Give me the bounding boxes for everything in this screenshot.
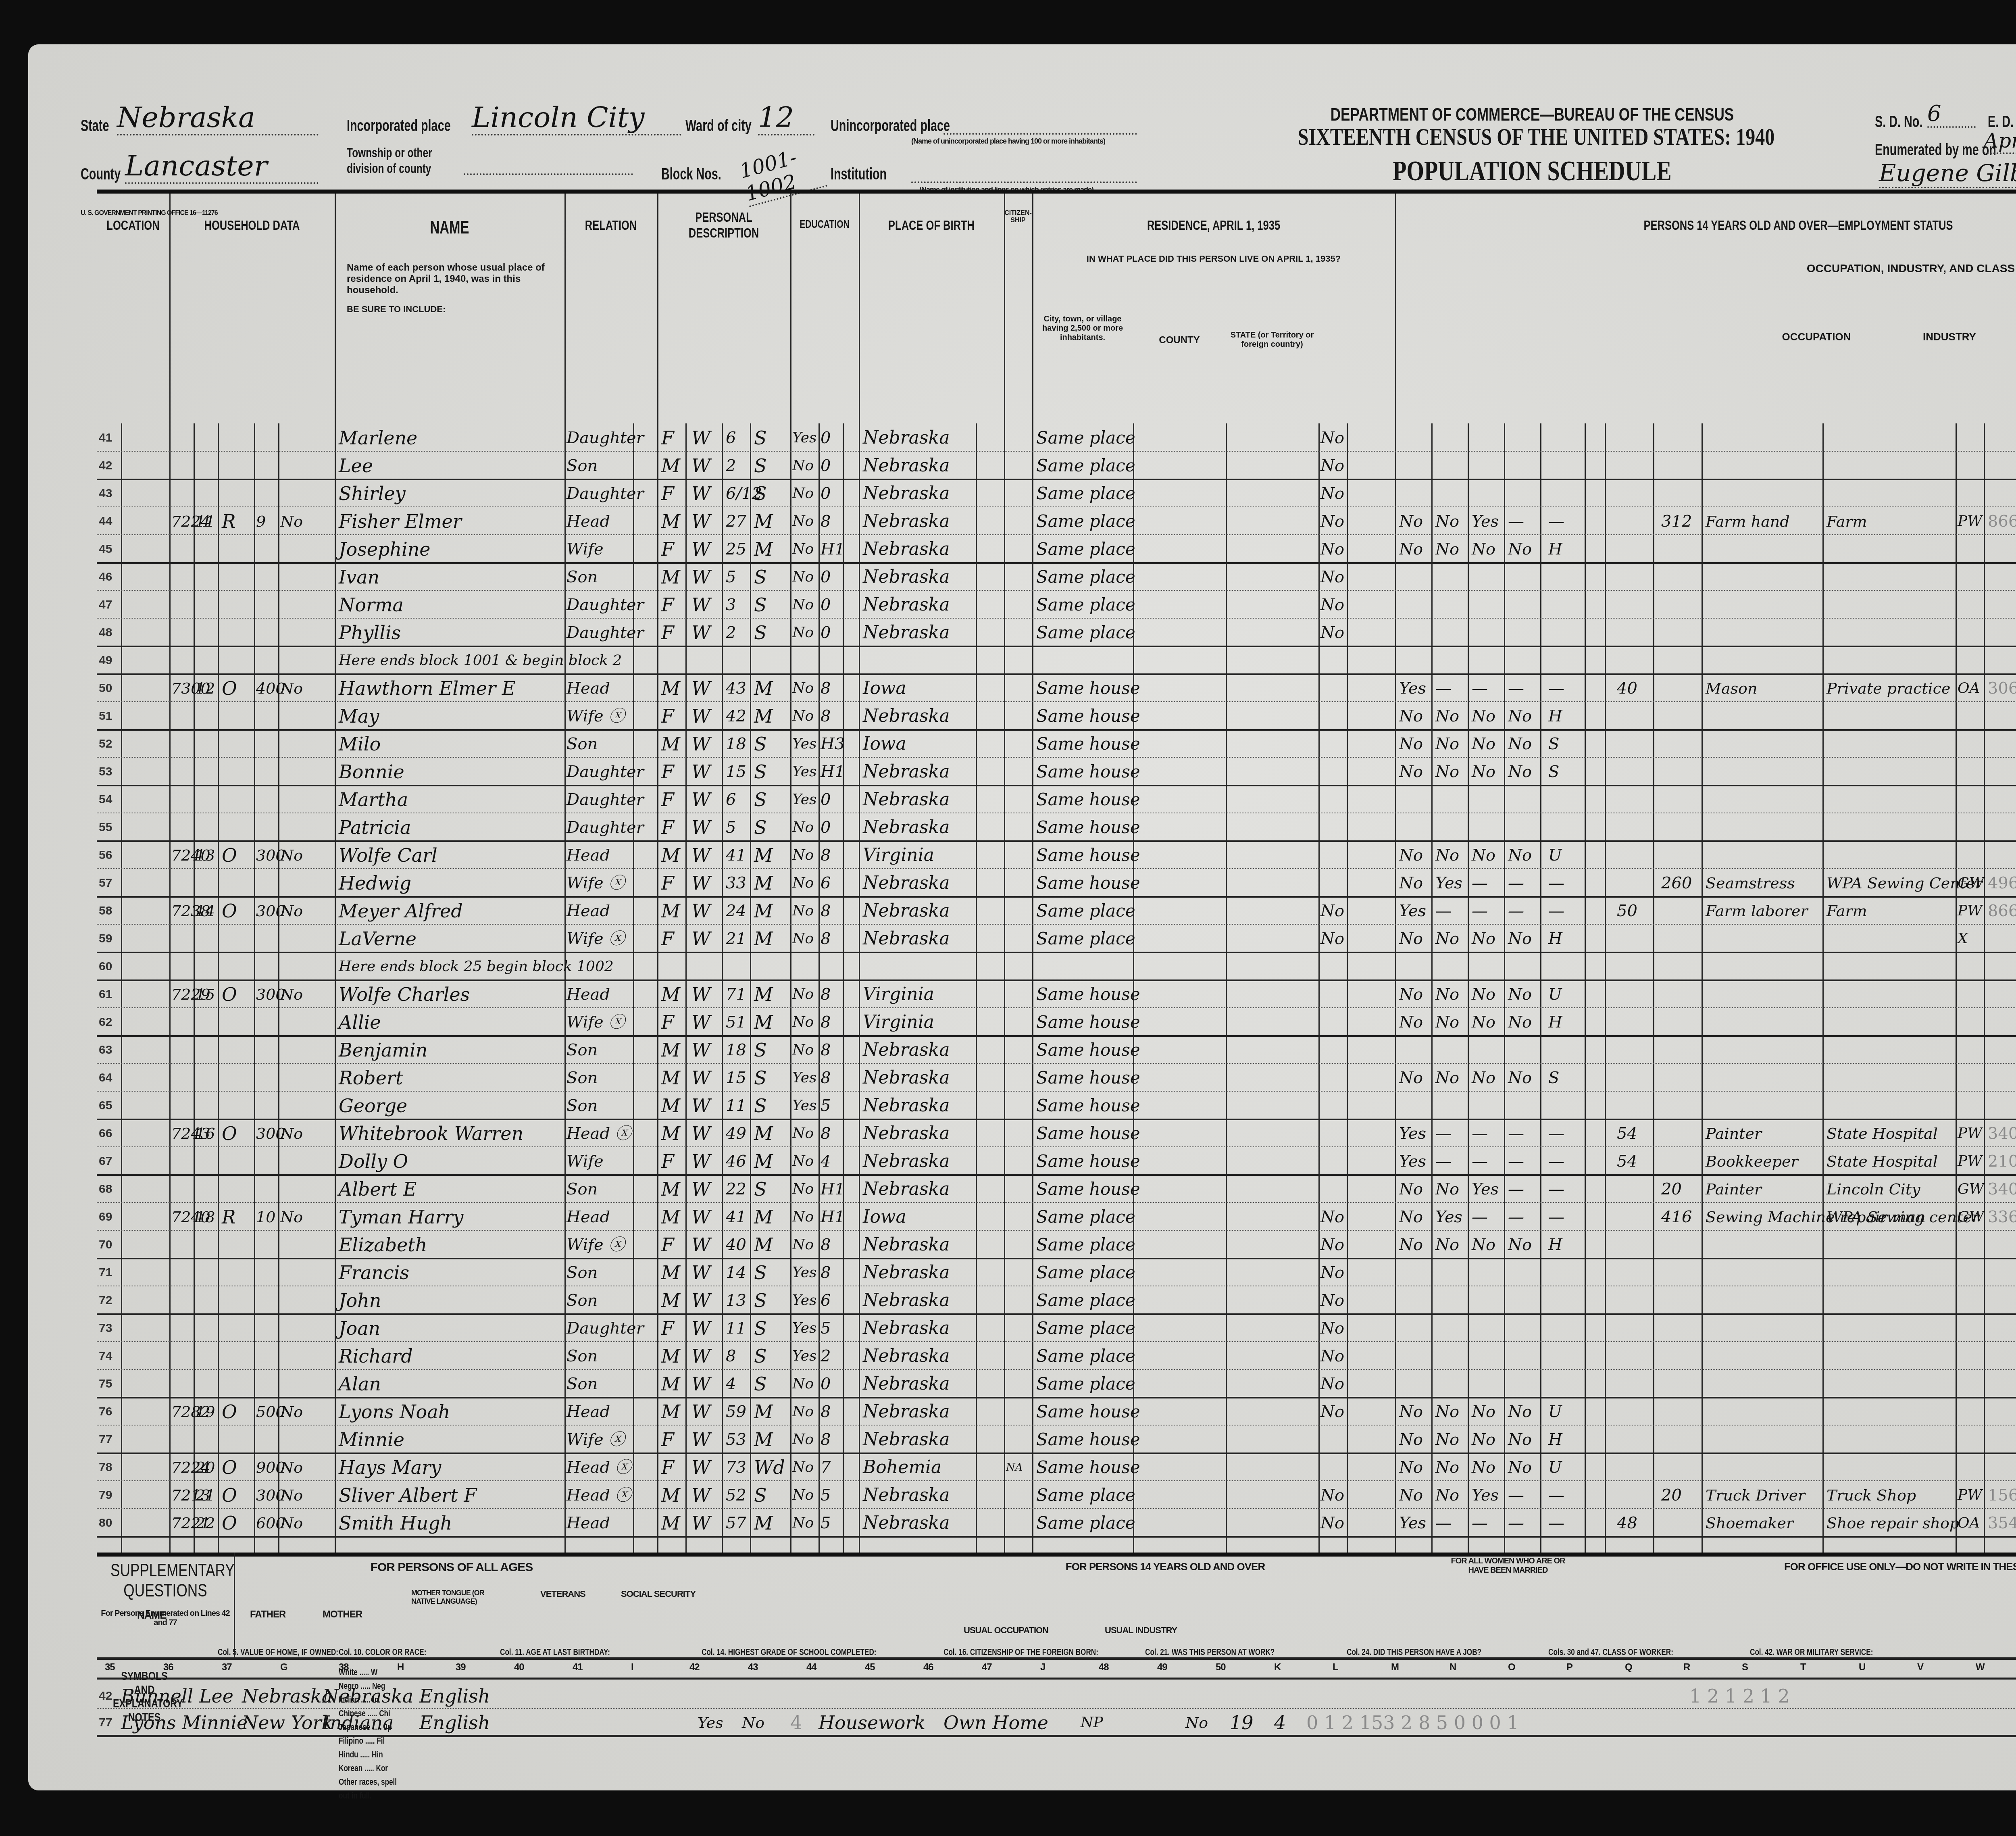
age: 5 [726,563,736,590]
line-number: 74 [99,1342,112,1369]
birthplace: Nebraska [863,1397,950,1425]
has-job: — [1508,1481,1524,1508]
supp-col-name: NAME [137,1609,167,1621]
other-activity: H [1548,1425,1562,1453]
marital-status: S [754,1369,767,1397]
has-job: No [1508,1453,1532,1480]
other-activity: U [1548,1397,1562,1425]
has-job: No [1508,1008,1532,1035]
birthplace: Nebraska [863,1258,950,1286]
race: W [691,869,710,896]
population-table: LOCATION HOUSEHOLD DATA NAME Name of eac… [97,190,2016,1557]
farm-1935: No [1320,1397,1344,1425]
farm-residence: No [280,507,303,534]
race-code-item: Korean ..... Kor [339,1761,402,1775]
citizenship: NA [1006,1453,1023,1480]
public-emergency-work: No [1435,1175,1459,1202]
birthplace: Virginia [863,980,934,1007]
home-value: 10 [256,1202,275,1230]
line-number: 76 [99,1397,112,1425]
school-attendance: Yes [792,1091,816,1119]
public-emergency-work: No [1435,757,1459,785]
table-row: 66 7243 16 O 300 No Whitebrook Warren He… [97,1119,2016,1147]
line-number: 46 [99,563,112,590]
race: W [691,980,710,1007]
other-activity: U [1548,980,1562,1007]
age: 11 [726,1314,746,1341]
person-name: Shirley [339,479,406,506]
occupation: Painter [1706,1175,1762,1202]
birthplace: Virginia [863,1008,934,1035]
relation: Son [566,1286,598,1313]
public-emergency-work: No [1435,1008,1459,1035]
line-number: 47 [99,590,112,618]
sex: M [661,980,680,1007]
age: 71 [726,980,746,1007]
age: 13 [726,1286,746,1313]
at-work: No [1399,535,1423,562]
relation: Son [566,1091,598,1119]
supp-col-social: SOCIAL SECURITY [621,1589,696,1599]
birthplace: Nebraska [863,702,950,729]
table-row: 76 7282 19 O 500 No Lyons Noah Head M W … [97,1397,2016,1425]
supp-col-veterans: VETERANS [540,1589,585,1599]
race: W [691,896,710,924]
birthplace: Nebraska [863,451,950,479]
seeking-work: No [1472,1453,1495,1480]
sex: F [661,785,674,813]
sex: F [661,479,674,506]
relation: Daughter [566,813,644,840]
highest-grade: 6 [821,869,831,896]
person-name: Marlene [339,423,417,451]
sex: M [661,1369,680,1397]
sex: F [661,924,674,952]
highest-grade: 8 [821,1258,831,1286]
sd-value: 6 [1927,101,1976,128]
residence-1935: Same place [1036,896,1135,924]
race: W [691,535,710,562]
marital-status: M [754,980,773,1007]
table-row: 49 49 Here ends block 1001 & begin bl [97,646,2016,675]
marital-status: M [754,1147,773,1174]
highest-grade: 8 [821,1008,831,1035]
person-name: Meyer Alfred [339,896,463,924]
age: 40 [726,1230,746,1258]
race: W [691,1369,710,1397]
highest-grade: 5 [821,1509,831,1536]
race: W [691,924,710,952]
school-attendance: No [792,1453,814,1480]
line-number: 70 [99,1230,112,1258]
farm-residence: No [280,980,303,1007]
class-of-worker: OA [1958,1509,1980,1536]
birthplace: Nebraska [863,813,950,840]
seeking-work: No [1472,1230,1495,1258]
person-name: Francis [339,1258,409,1286]
school-attendance: No [792,896,814,924]
school-attendance: No [792,1481,814,1508]
table-row: 47 Norma Daughter F W 3 S No 0 Nebraska … [97,590,2016,619]
table-row: 43 Shirley Daughter F W 6/12 S No 0 Nebr… [97,479,2016,507]
relation: Son [566,1063,598,1091]
relation: Head [566,1397,610,1425]
school-attendance: Yes [792,729,816,757]
table-row: 61 7229 15 O 300 No Wolfe Charles Head M… [97,980,2016,1008]
occupation: Painter [1706,1119,1762,1146]
col-group-education: EDUCATION [790,194,860,419]
residence-1935: Same house [1036,1175,1140,1202]
sex: F [661,1147,674,1174]
industry: Farm [1826,507,1867,534]
note-col42: Col. 42. WAR OR MILITARY SERVICE: [1750,1645,1873,1659]
incorporated-place-label: Incorporated place [347,117,451,135]
birthplace: Nebraska [863,757,950,785]
relation: Wife ⓧ [566,869,625,896]
table-row: 41 Marlene Daughter F W 6 S Yes 0 Nebras… [97,423,2016,452]
owned-rented: O [222,1509,237,1536]
has-job: — [1508,1202,1524,1230]
race: W [691,563,710,590]
race-code-item: Filipino ..... Fil [339,1734,402,1748]
state-label: State [81,117,109,135]
race-code-item: White ..... W [339,1665,402,1679]
age: 14 [726,1258,746,1286]
school-attendance: No [792,507,814,534]
marital-status: S [754,590,767,618]
residence-1935: Same place [1036,1230,1135,1258]
sex: F [661,869,674,896]
birthplace: Nebraska [863,563,950,590]
highest-grade: 5 [821,1481,831,1508]
farm-1935: No [1320,1230,1344,1258]
school-attendance: No [792,1036,814,1063]
person-name: Albert E [339,1175,417,1202]
relation: Head [566,1202,610,1230]
age: 73 [726,1453,746,1480]
farm-1935: No [1320,924,1344,952]
residence-1935: Same house [1036,702,1140,729]
person-name: Allie [339,1008,381,1035]
school-attendance: No [792,1425,814,1453]
race: W [691,1008,710,1035]
seeking-work: Yes [1472,1481,1499,1508]
school-attendance: No [792,590,814,618]
has-job: No [1508,702,1532,729]
person-name: Richard [339,1342,413,1369]
has-job: No [1508,1063,1532,1091]
birthplace: Nebraska [863,507,950,534]
has-job: No [1508,535,1532,562]
race-code-item: Indian ..... In [339,1693,402,1707]
sex: M [661,841,680,868]
highest-grade: 4 [821,1147,831,1174]
residence-1935: Same place [1036,1481,1135,1508]
line-number: 63 [99,1036,112,1063]
sex: F [661,1314,674,1341]
age: 41 [726,841,746,868]
marital-status: S [754,563,767,590]
col-group-household: HOUSEHOLD DATA [169,194,336,419]
line-number: 62 [99,1008,112,1035]
farm-1935: No [1320,590,1344,618]
supp-col-mother: MOTHER [323,1609,362,1620]
class-of-worker: PW [1958,896,1982,924]
highest-grade: 0 [821,423,831,451]
industry: Private practice [1826,674,1950,701]
marital-status: Wd [754,1453,785,1480]
occupation-code: 496 06 3 [1988,869,2016,896]
line-number: 57 [99,869,112,896]
owned-rented: R [222,1202,236,1230]
highest-grade: 8 [821,1425,831,1453]
highest-grade: 8 [821,1119,831,1146]
owned-rented: O [222,1453,237,1480]
table-row: 42 Lee Son M W 2 S No 0 Nebraska Same pl… [97,451,2016,480]
table-row: 69 7240 18 R 10 No Tyman Harry Head M W … [97,1202,2016,1231]
school-attendance: No [792,924,814,952]
owned-rented: O [222,980,237,1007]
marital-status: M [754,1202,773,1230]
residence-1935: Same place [1036,507,1135,534]
marital-status: M [754,535,773,562]
age: 27 [726,507,746,534]
note-col21: Col. 21. WAS THIS PERSON AT WORK? [1145,1645,1275,1659]
household-number: 19 [196,1397,215,1425]
table-row: 72 John Son M W 13 S Yes 6 Nebraska Same… [97,1286,2016,1315]
sex: M [661,1119,680,1146]
occupation: Bookkeeper [1706,1147,1798,1174]
seeking-work: — [1472,1147,1488,1174]
age: 11 [726,1091,746,1119]
birthplace: Nebraska [863,423,950,451]
school-attendance: No [792,618,814,646]
farm-1935: No [1320,618,1344,646]
line-number: 43 [99,479,112,506]
marital-status: M [754,1119,773,1146]
at-work: No [1399,1008,1423,1035]
at-work: Yes [1399,1509,1426,1536]
has-job: — [1508,1175,1524,1202]
at-work: No [1399,841,1423,868]
marital-status: M [754,1230,773,1258]
industry: WPA Sewing center [1826,1202,1979,1230]
line-number: 59 [99,924,112,952]
age: 43 [726,674,746,701]
relation: Son [566,1342,598,1369]
relation: Son [566,1369,598,1397]
person-name: Josephine [339,535,431,562]
race: W [691,813,710,840]
person-name: Tyman Harry [339,1202,463,1230]
at-work: No [1399,1453,1423,1480]
person-name: Bonnie [339,757,404,785]
owned-rented: O [222,1397,237,1425]
race: W [691,1342,710,1369]
marital-status: M [754,702,773,729]
at-work: No [1399,1175,1423,1202]
weeks-unemployed: 20 [1661,1175,1682,1202]
farm-1935: No [1320,1481,1344,1508]
class-of-worker: PW [1958,1119,1982,1146]
note-col11: Col. 11. AGE AT LAST BIRTHDAY: [500,1645,610,1659]
school-attendance: No [792,869,814,896]
public-emergency-work: No [1435,1481,1459,1508]
line-number: 58 [99,896,112,924]
supp-col-usual-ind: USUAL INDUSTRY [1105,1625,1177,1636]
school-attendance: Yes [792,1286,816,1313]
line-number: 44 [99,507,112,534]
farm-1935: No [1320,563,1344,590]
line-number: 67 [99,1147,112,1174]
seeking-work: No [1472,924,1495,952]
other-activity: — [1548,1119,1564,1146]
ed-label: E. D. No. [1988,113,2016,131]
has-job: — [1508,1147,1524,1174]
weeks-unemployed: 260 [1661,869,1692,896]
unincorporated-note: (Name of unincorporated place having 100… [911,137,1105,146]
relation: Wife ⓧ [566,1230,625,1258]
farm-residence: No [280,1397,303,1425]
highest-grade: 8 [821,1036,831,1063]
residence-1935: Same place [1036,1314,1135,1341]
birthplace: Nebraska [863,869,950,896]
race: W [691,507,710,534]
relation: Son [566,1175,598,1202]
table-row: 50 7300 12 O 400 No Hawthorn Elmer E Hea… [97,674,2016,702]
relation: Head [566,1509,610,1536]
col-group-citizenship: CITIZEN-SHIP [1004,194,1033,419]
race: W [691,1230,710,1258]
highest-grade: 0 [821,813,831,840]
person-name: Elizabeth [339,1230,427,1258]
table-row: 75 Alan Son M W 4 S No 0 Nebraska Same p… [97,1369,2016,1398]
marital-status: S [754,479,767,506]
household-number: 21 [196,1481,215,1508]
race-code-item: Japanese ..... Jp [339,1720,402,1734]
table-row: 78 7224 20 O 900 No Hays Mary Head ⓧ F W… [97,1453,2016,1481]
school-attendance: No [792,1202,814,1230]
school-attendance: Yes [792,1342,816,1369]
race: W [691,423,710,451]
school-attendance: No [792,1397,814,1425]
line-number: 64 [99,1063,112,1091]
note-col14: Col. 14. HIGHEST GRADE OF SCHOOL COMPLET… [702,1645,876,1659]
race: W [691,1258,710,1286]
school-attendance: No [792,1509,814,1536]
relation: Head ⓧ [566,1119,631,1146]
table-row: 62 Allie Wife ⓧ F W 51 M No 8 Virginia S… [97,1008,2016,1037]
line-number: 72 [99,1286,112,1313]
sheet-header: State Nebraska Incorporated place Lincol… [65,56,2016,185]
farm-1935: No [1320,451,1344,479]
person-name: Fisher Elmer [339,507,462,534]
marital-status: S [754,1063,767,1091]
public-emergency-work: No [1435,1425,1459,1453]
race: W [691,1425,710,1453]
person-name: John [339,1286,381,1313]
race: W [691,1314,710,1341]
incorporated-place-value: Lincoln City [472,101,681,135]
unincorporated-label: Unincorporated place [831,117,950,135]
farm-1935: No [1320,896,1344,924]
at-work: No [1399,1202,1423,1230]
line-number: 41 [99,423,112,451]
marital-status: S [754,451,767,479]
highest-grade: 8 [821,1397,831,1425]
has-job: — [1508,507,1524,534]
person-name: George [339,1091,407,1119]
seeking-work: — [1472,1202,1488,1230]
household-number: 14 [196,896,215,924]
birthplace: Nebraska [863,1509,950,1536]
at-work: No [1399,757,1423,785]
note-col30: Cols. 30 and 47. CLASS OF WORKER: [1548,1645,1673,1659]
age: 53 [726,1425,746,1453]
has-job: No [1508,1425,1532,1453]
supp-col-usual-occ: USUAL OCCUPATION [964,1625,1048,1636]
person-name: Lee [339,451,373,479]
residence-1935: Same house [1036,980,1140,1007]
relation: Wife [566,1147,604,1174]
supp-over14: FOR PERSONS 14 YEARS OLD AND OVER [903,1561,1427,1573]
age: 25 [726,535,746,562]
birthplace: Nebraska [863,1147,950,1174]
table-row: 58 7238 14 O 300 No Meyer Alfred Head M … [97,896,2016,925]
table-row: 70 Elizabeth Wife ⓧ F W 40 M No 8 Nebras… [97,1230,2016,1259]
line-number: 52 [99,729,112,757]
at-work: No [1399,924,1423,952]
public-emergency-work: — [1435,1119,1452,1146]
residence-1935: Same house [1036,1147,1140,1174]
highest-grade: 0 [821,1369,831,1397]
age: 21 [726,924,746,952]
table-row: 65 George Son M W 11 S Yes 5 Nebraska Sa… [97,1091,2016,1120]
has-job: No [1508,729,1532,757]
relation: Daughter [566,423,644,451]
block-note: Here ends block 1001 & begin block 2 [339,646,622,673]
public-emergency-work: No [1435,924,1459,952]
person-name: Minnie [339,1425,404,1453]
line-number: 49 [99,646,112,673]
race: W [691,1453,710,1480]
birthplace: Nebraska [863,1314,950,1341]
marital-status: S [754,1036,767,1063]
occupation: Seamstress [1706,869,1795,896]
person-name: Norma [339,590,404,618]
at-work: No [1399,1425,1423,1453]
symbols-title: SYMBOLS AND EXPLANATORY NOTES [113,1669,176,1724]
marital-status: M [754,674,773,701]
hours-worked: 54 [1617,1119,1637,1146]
household-number: 22 [196,1509,215,1536]
public-emergency-work: Yes [1435,1202,1462,1230]
household-number: 15 [196,980,215,1007]
block-label: Block Nos. [661,165,721,183]
line-number: 55 [99,813,112,840]
other-activity: — [1548,1202,1564,1230]
residence-1935: Same house [1036,813,1140,840]
has-job: — [1508,674,1524,701]
farm-residence: No [280,841,303,868]
school-attendance: No [792,1175,814,1202]
marital-status: M [754,869,773,896]
public-emergency-work: No [1435,980,1459,1007]
has-job: — [1508,896,1524,924]
supp-title: SUPPLEMENTARY QUESTIONS [110,1561,220,1601]
highest-grade: 8 [821,924,831,952]
highest-grade: 5 [821,1091,831,1119]
